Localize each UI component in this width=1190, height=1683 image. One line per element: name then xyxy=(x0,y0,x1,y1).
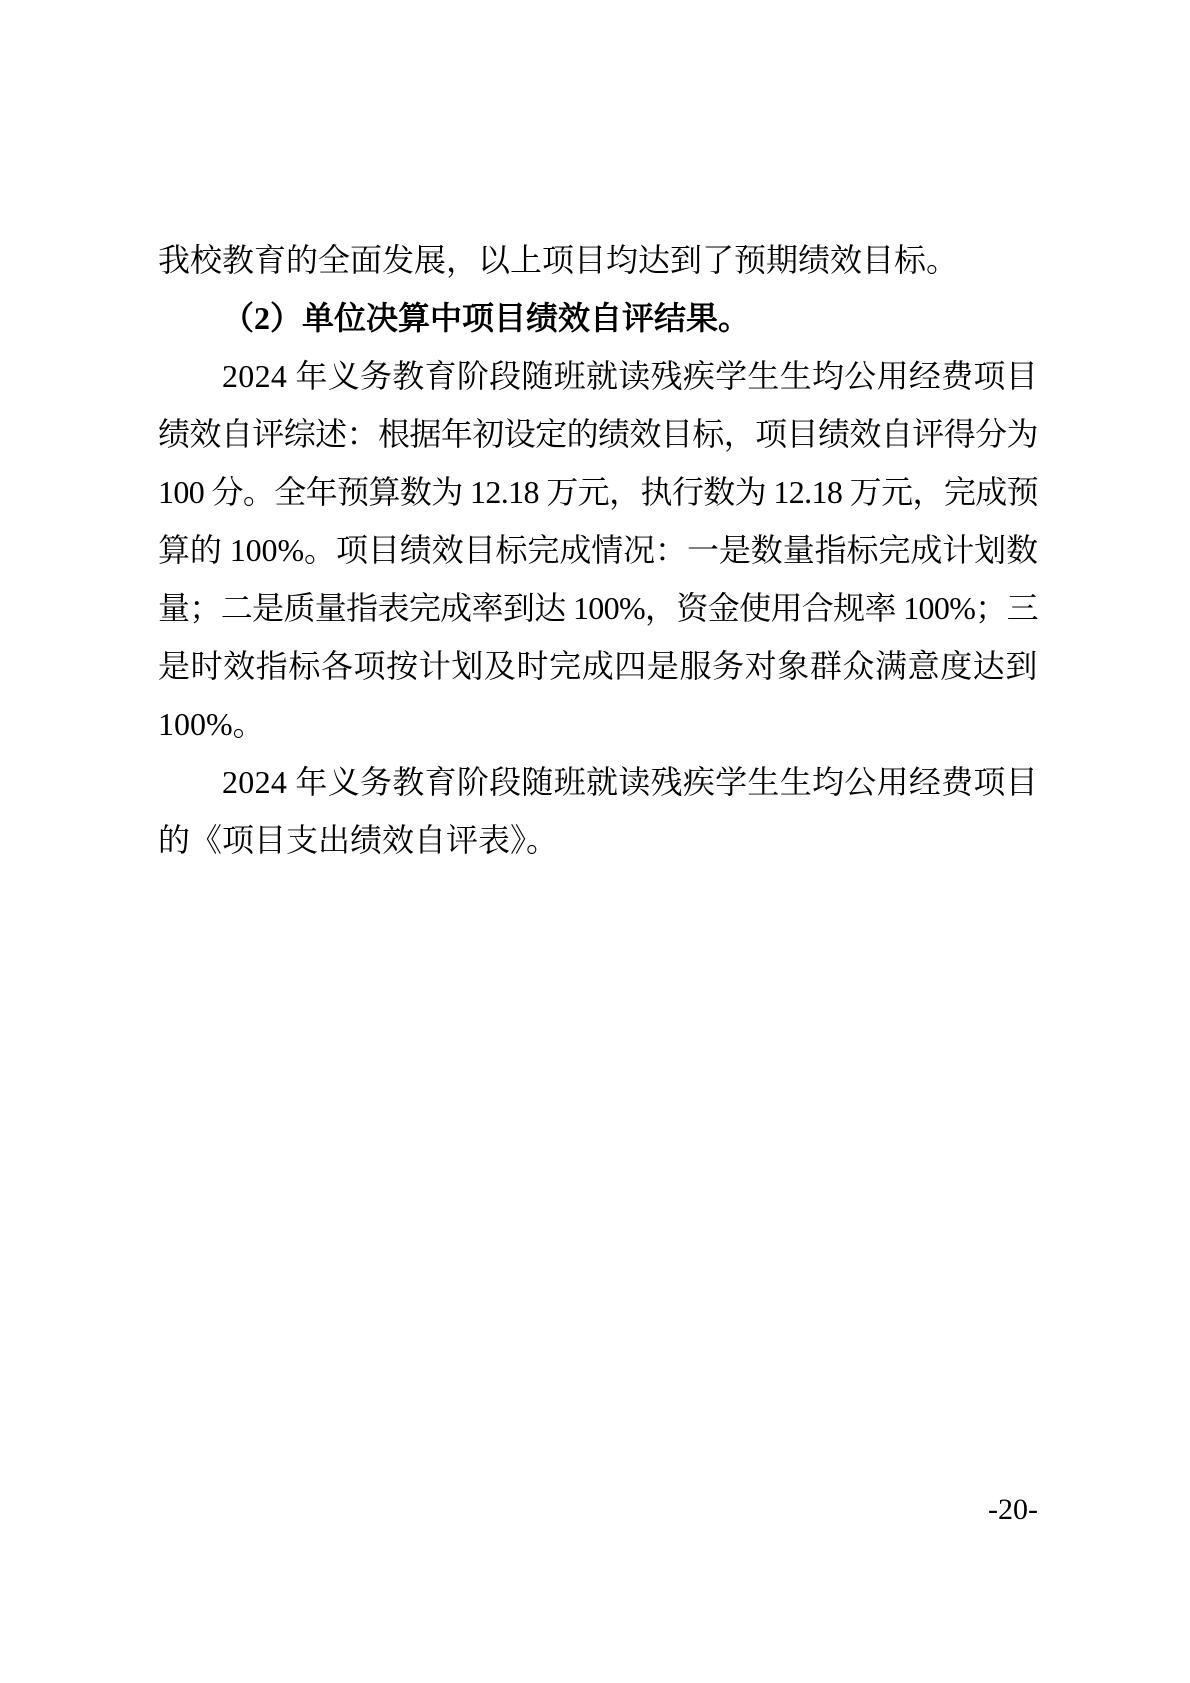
text-run: 100%。 xyxy=(158,706,265,742)
text-line: 算的 100%。项目绩效目标完成情况：一是数量指标完成计划数 xyxy=(158,521,1038,579)
text-line: 是时效指标各项按计划及时完成四是服务对象群众满意度达到 xyxy=(158,637,1038,695)
text-run: 绩效自评综述：根据年初设定的绩效目标，项目绩效自评得分为 xyxy=(158,416,1038,452)
text-run: 是时效指标各项按计划及时完成四是服务对象群众满意度达到 xyxy=(158,648,1038,684)
text-run: 2024 年义务教育阶段随班就读残疾学生生均公用经费项目 xyxy=(222,764,1038,800)
text-run: 100 分。全年预算数为 12.18 万元，执行数为 12.18 万元，完成预 xyxy=(158,474,1038,510)
text-line: 2024 年义务教育阶段随班就读残疾学生生均公用经费项目 xyxy=(158,753,1038,811)
text-run: 我校教育的全面发展，以上项目均达到了预期绩效目标。 xyxy=(158,242,958,278)
text-run: （2）单位决算中项目绩效自评结果。 xyxy=(222,300,750,336)
text-line: 量；二是质量指表完成率到达 100%，资金使用合规率 100%；三 xyxy=(158,579,1038,637)
text-run: 算的 100%。项目绩效目标完成情况：一是数量指标完成计划数 xyxy=(158,532,1038,568)
text-line: 的《项目支出绩效自评表》。 xyxy=(158,811,1038,869)
text-run: 2024 年义务教育阶段随班就读残疾学生生均公用经费项目 xyxy=(222,358,1038,394)
text-line: 我校教育的全面发展，以上项目均达到了预期绩效目标。 xyxy=(158,231,1038,289)
text-line: 2024 年义务教育阶段随班就读残疾学生生均公用经费项目 xyxy=(158,347,1038,405)
text-line: 100%。 xyxy=(158,695,1038,753)
heading-line: （2）单位决算中项目绩效自评结果。 xyxy=(158,289,1038,347)
document-page: 我校教育的全面发展，以上项目均达到了预期绩效目标。（2）单位决算中项目绩效自评结… xyxy=(0,0,1190,1683)
document-body: 我校教育的全面发展，以上项目均达到了预期绩效目标。（2）单位决算中项目绩效自评结… xyxy=(158,231,1038,869)
text-run: 量；二是质量指表完成率到达 100%，资金使用合规率 100%；三 xyxy=(158,590,1038,626)
page-number: -20- xyxy=(158,1495,1038,1525)
text-run: 的《项目支出绩效自评表》。 xyxy=(158,822,558,858)
text-line: 100 分。全年预算数为 12.18 万元，执行数为 12.18 万元，完成预 xyxy=(158,463,1038,521)
text-line: 绩效自评综述：根据年初设定的绩效目标，项目绩效自评得分为 xyxy=(158,405,1038,463)
